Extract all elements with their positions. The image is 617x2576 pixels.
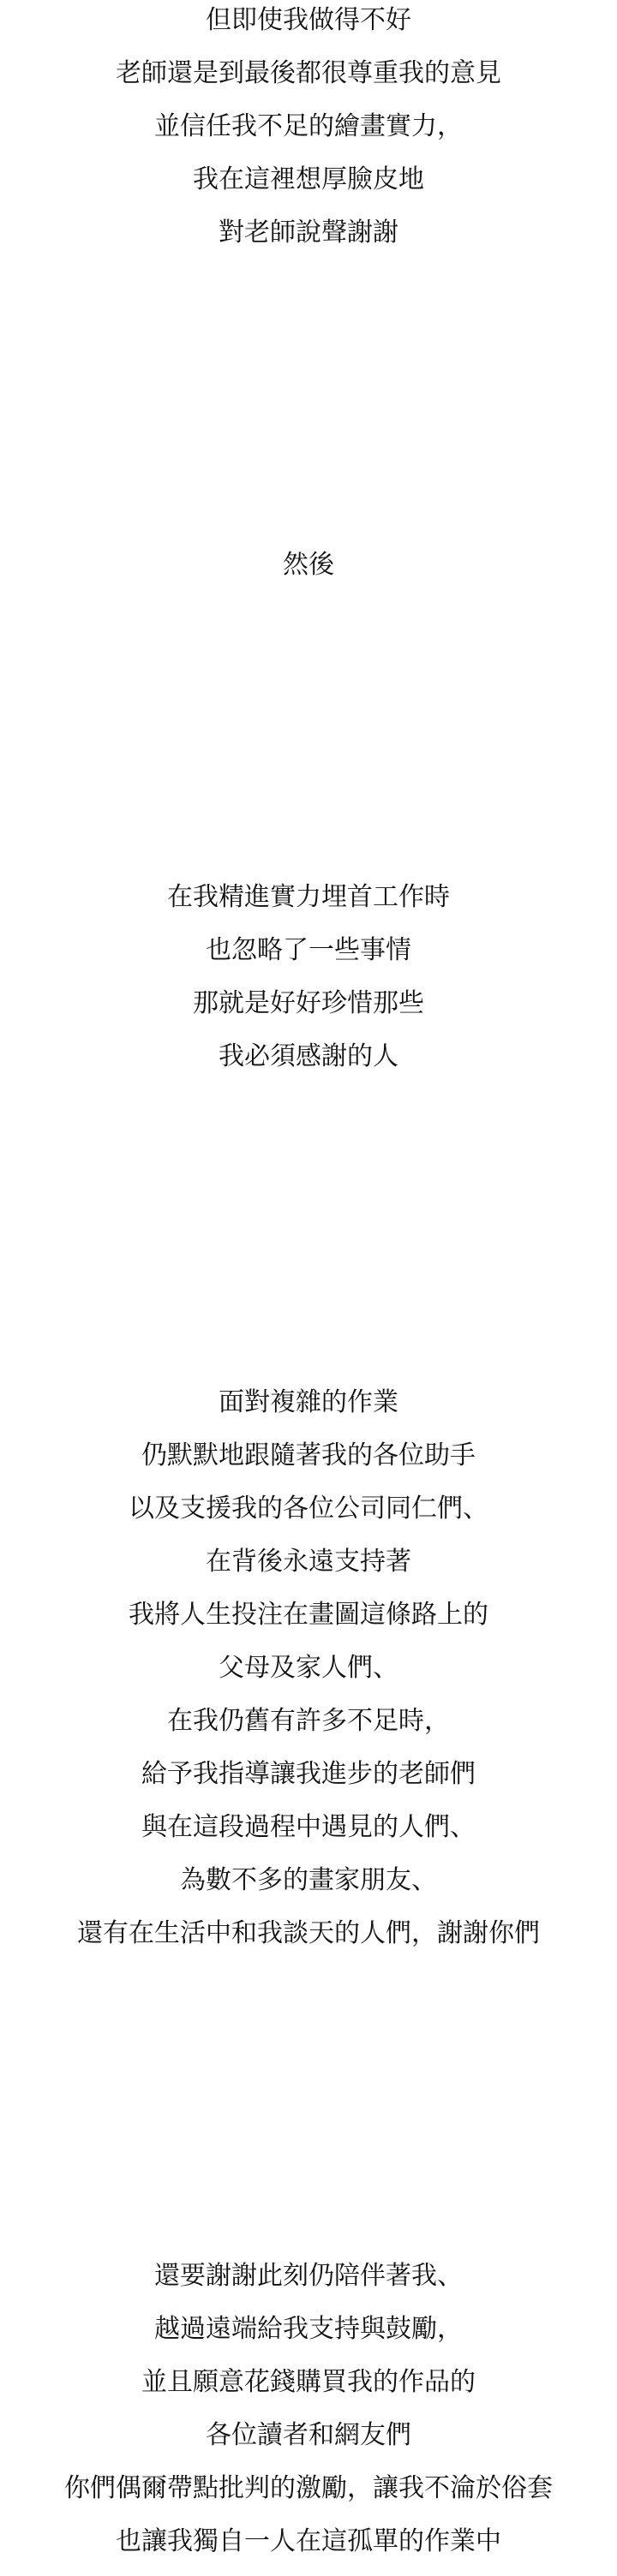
- text-line: 給予我指導讓我進步的老師們: [0, 1748, 617, 1801]
- text-line: 也讓我獨自一人在這孤單的作業中: [0, 2515, 617, 2568]
- text-line: 你們偶爾帶點批判的激勵，讓我不淪於俗套: [0, 2462, 617, 2515]
- text-block-transition: 然後: [0, 539, 617, 592]
- text-line: 為數不多的畫家朋友、: [0, 1854, 617, 1907]
- text-line: 仍默默地跟隨著我的各位助手: [0, 1429, 617, 1482]
- text-line: 越過遠端給我支持與鼓勵，: [0, 2303, 617, 2356]
- text-line: 面對複雜的作業: [0, 1376, 617, 1429]
- text-line: 與在這段過程中遇見的人們、: [0, 1801, 617, 1854]
- text-line: 在我仍舊有許多不足時，: [0, 1695, 617, 1748]
- text-line: 在我精進實力埋首工作時: [0, 871, 617, 924]
- text-line: 父母及家人們、: [0, 1642, 617, 1695]
- text-line: 對老師說聲謝謝: [0, 206, 617, 259]
- text-line: 然後: [0, 539, 617, 592]
- text-line: 各位讀者和網友們: [0, 2409, 617, 2462]
- text-line: 我將人生投注在畫圖這條路上的: [0, 1589, 617, 1642]
- text-block-acknowledgements: 面對複雜的作業 仍默默地跟隨著我的各位助手 以及支援我的各位公司同仁們、 在背後…: [0, 1376, 617, 1960]
- text-line: 並信任我不足的繪畫實力，: [0, 100, 617, 153]
- text-line: 我在這裡想厚臉皮地: [0, 153, 617, 206]
- text-line: 還要謝謝此刻仍陪伴著我、: [0, 2250, 617, 2303]
- text-line: 但即使我做得不好: [0, 0, 617, 47]
- text-line: 老師還是到最後都很尊重我的意見: [0, 47, 617, 100]
- text-line: 我必須感謝的人: [0, 1030, 617, 1083]
- text-block-reflection: 在我精進實力埋首工作時 也忽略了一些事情 那就是好好珍惜那些 我必須感謝的人: [0, 871, 617, 1083]
- text-block-readers-thanks: 還要謝謝此刻仍陪伴著我、 越過遠端給我支持與鼓勵， 並且願意花錢購買我的作品的 …: [0, 2250, 617, 2568]
- text-line: 並且願意花錢購買我的作品的: [0, 2356, 617, 2409]
- text-line: 以及支援我的各位公司同仁們、: [0, 1482, 617, 1535]
- text-block-teacher-thanks: 但即使我做得不好 老師還是到最後都很尊重我的意見 並信任我不足的繪畫實力， 我在…: [0, 0, 617, 259]
- text-line: 那就是好好珍惜那些: [0, 977, 617, 1030]
- text-line: 也忽略了一些事情: [0, 924, 617, 977]
- text-line: 在背後永遠支持著: [0, 1535, 617, 1589]
- text-line: 還有在生活中和我談天的人們，謝謝你們: [0, 1907, 617, 1960]
